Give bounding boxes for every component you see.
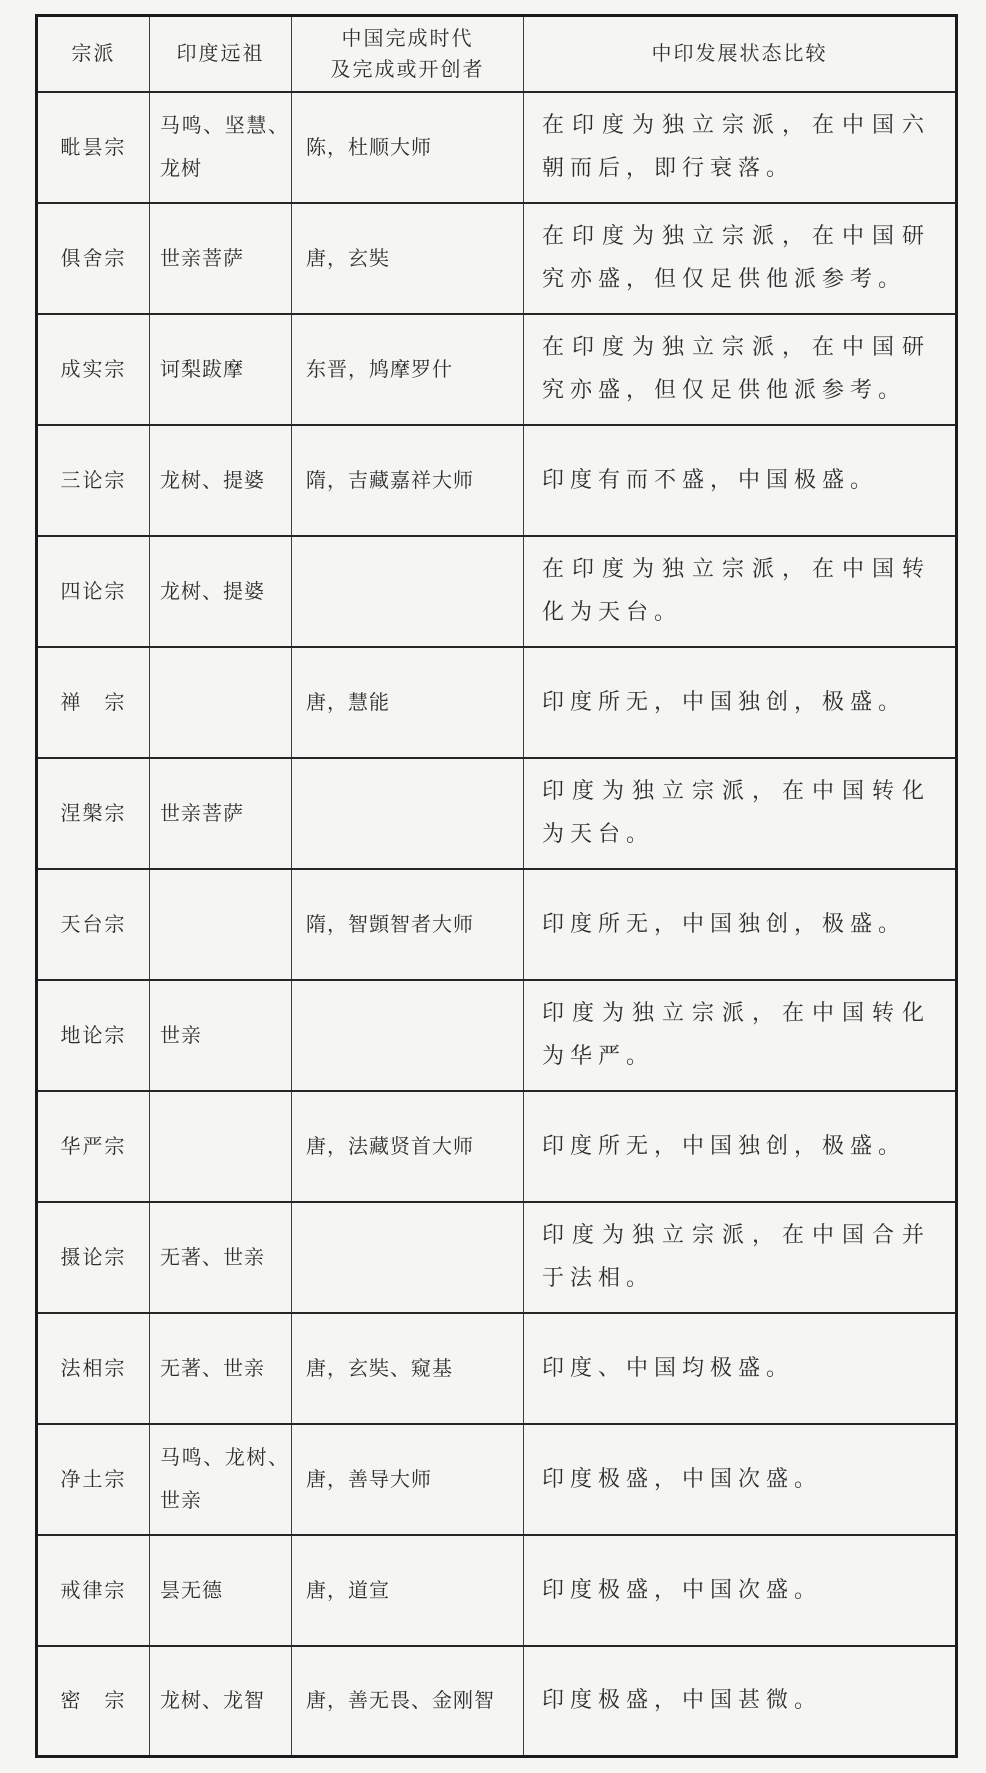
ancestor-cell: 无著、世亲 [150, 1202, 292, 1313]
comparison-cell: 在印度为独立宗派，在中国研究亦盛，但仅足供他派参考。 [524, 203, 957, 314]
era-cell: 唐，善无畏、金刚智 [292, 1646, 524, 1757]
ancestor-cell: 世亲菩萨 [150, 758, 292, 869]
table-row: 摄论宗无著、世亲印度为独立宗派，在中国合并于法相。 [37, 1202, 957, 1313]
school-cell: 摄论宗 [37, 1202, 150, 1313]
comparison-cell: 印度所无，中国独创，极盛。 [524, 647, 957, 758]
table-row: 三论宗龙树、提婆隋，吉藏嘉祥大师印度有而不盛，中国极盛。 [37, 425, 957, 536]
school-cell: 戒律宗 [37, 1535, 150, 1646]
comparison-cell: 印度为独立宗派，在中国合并于法相。 [524, 1202, 957, 1313]
comparison-cell: 印度为独立宗派，在中国转化为天台。 [524, 758, 957, 869]
era-cell: 隋，智顗智者大师 [292, 869, 524, 980]
era-cell: 唐，玄奘 [292, 203, 524, 314]
column-header-school: 宗派 [37, 16, 150, 92]
school-cell: 成实宗 [37, 314, 150, 425]
ancestor-cell: 龙树、提婆 [150, 536, 292, 647]
era-cell: 隋，吉藏嘉祥大师 [292, 425, 524, 536]
table-row: 四论宗龙树、提婆在印度为独立宗派，在中国转化为天台。 [37, 536, 957, 647]
column-header-ancestor: 印度远祖 [150, 16, 292, 92]
era-cell: 唐，道宣 [292, 1535, 524, 1646]
era-cell [292, 1202, 524, 1313]
era-cell: 唐，玄奘、窥基 [292, 1313, 524, 1424]
table-row: 密 宗龙树、龙智唐，善无畏、金刚智印度极盛，中国甚微。 [37, 1646, 957, 1757]
school-cell: 四论宗 [37, 536, 150, 647]
era-cell: 东晋，鸠摩罗什 [292, 314, 524, 425]
comparison-cell: 在印度为独立宗派，在中国研究亦盛，但仅足供他派参考。 [524, 314, 957, 425]
table-row: 天台宗隋，智顗智者大师印度所无，中国独创，极盛。 [37, 869, 957, 980]
table-row: 戒律宗昙无德唐，道宣印度极盛，中国次盛。 [37, 1535, 957, 1646]
table-row: 法相宗无著、世亲唐，玄奘、窥基印度、中国均极盛。 [37, 1313, 957, 1424]
ancestor-cell [150, 647, 292, 758]
comparison-cell: 印度极盛，中国次盛。 [524, 1424, 957, 1535]
column-header-comparison: 中印发展状态比较 [524, 16, 957, 92]
era-cell [292, 536, 524, 647]
table-row: 华严宗唐，法藏贤首大师印度所无，中国独创，极盛。 [37, 1091, 957, 1202]
table-row: 禅 宗唐，慧能印度所无，中国独创，极盛。 [37, 647, 957, 758]
comparison-cell: 印度有而不盛，中国极盛。 [524, 425, 957, 536]
table-row: 地论宗世亲印度为独立宗派，在中国转化为华严。 [37, 980, 957, 1091]
comparison-cell: 印度所无，中国独创，极盛。 [524, 869, 957, 980]
school-cell: 毗昙宗 [37, 92, 150, 203]
comparison-cell: 印度极盛，中国甚微。 [524, 1646, 957, 1757]
school-cell: 天台宗 [37, 869, 150, 980]
school-cell: 净土宗 [37, 1424, 150, 1535]
table-row: 俱舍宗世亲菩萨唐，玄奘在印度为独立宗派，在中国研究亦盛，但仅足供他派参考。 [37, 203, 957, 314]
school-cell: 三论宗 [37, 425, 150, 536]
ancestor-cell: 世亲菩萨 [150, 203, 292, 314]
comparison-cell: 印度极盛，中国次盛。 [524, 1535, 957, 1646]
era-cell: 唐，慧能 [292, 647, 524, 758]
school-cell: 涅槃宗 [37, 758, 150, 869]
comparison-cell: 在印度为独立宗派，在中国转化为天台。 [524, 536, 957, 647]
school-cell: 禅 宗 [37, 647, 150, 758]
school-cell: 华严宗 [37, 1091, 150, 1202]
school-cell: 地论宗 [37, 980, 150, 1091]
school-cell: 法相宗 [37, 1313, 150, 1424]
comparison-cell: 印度为独立宗派，在中国转化为华严。 [524, 980, 957, 1091]
column-header-era: 中国完成时代 及完成或开创者 [292, 16, 524, 92]
comparison-cell: 印度所无，中国独创，极盛。 [524, 1091, 957, 1202]
era-cell [292, 980, 524, 1091]
ancestor-cell [150, 1091, 292, 1202]
ancestor-cell: 无著、世亲 [150, 1313, 292, 1424]
table-body: 毗昙宗马鸣、坚慧、龙树陈，杜顺大师在印度为独立宗派，在中国六朝而后，即行衰落。俱… [37, 92, 957, 1757]
table-row: 净土宗马鸣、龙树、世亲唐，善导大师印度极盛，中国次盛。 [37, 1424, 957, 1535]
ancestor-cell: 诃梨跋摩 [150, 314, 292, 425]
table-row: 毗昙宗马鸣、坚慧、龙树陈，杜顺大师在印度为独立宗派，在中国六朝而后，即行衰落。 [37, 92, 957, 203]
ancestor-cell: 龙树、龙智 [150, 1646, 292, 1757]
era-cell: 唐，法藏贤首大师 [292, 1091, 524, 1202]
school-cell: 密 宗 [37, 1646, 150, 1757]
ancestor-cell: 世亲 [150, 980, 292, 1091]
school-cell: 俱舍宗 [37, 203, 150, 314]
ancestor-cell: 昙无德 [150, 1535, 292, 1646]
buddhist-schools-table: 宗派印度远祖中国完成时代 及完成或开创者中印发展状态比较 毗昙宗马鸣、坚慧、龙树… [35, 14, 958, 1758]
header-row: 宗派印度远祖中国完成时代 及完成或开创者中印发展状态比较 [37, 16, 957, 92]
era-cell [292, 758, 524, 869]
document-page: 宗派印度远祖中国完成时代 及完成或开创者中印发展状态比较 毗昙宗马鸣、坚慧、龙树… [0, 0, 986, 1758]
table-row: 涅槃宗世亲菩萨印度为独立宗派，在中国转化为天台。 [37, 758, 957, 869]
comparison-cell: 印度、中国均极盛。 [524, 1313, 957, 1424]
table-row: 成实宗诃梨跋摩东晋，鸠摩罗什在印度为独立宗派，在中国研究亦盛，但仅足供他派参考。 [37, 314, 957, 425]
era-cell: 陈，杜顺大师 [292, 92, 524, 203]
comparison-cell: 在印度为独立宗派，在中国六朝而后，即行衰落。 [524, 92, 957, 203]
era-cell: 唐，善导大师 [292, 1424, 524, 1535]
ancestor-cell: 马鸣、龙树、世亲 [150, 1424, 292, 1535]
ancestor-cell [150, 869, 292, 980]
ancestor-cell: 龙树、提婆 [150, 425, 292, 536]
ancestor-cell: 马鸣、坚慧、龙树 [150, 92, 292, 203]
table-header: 宗派印度远祖中国完成时代 及完成或开创者中印发展状态比较 [37, 16, 957, 92]
